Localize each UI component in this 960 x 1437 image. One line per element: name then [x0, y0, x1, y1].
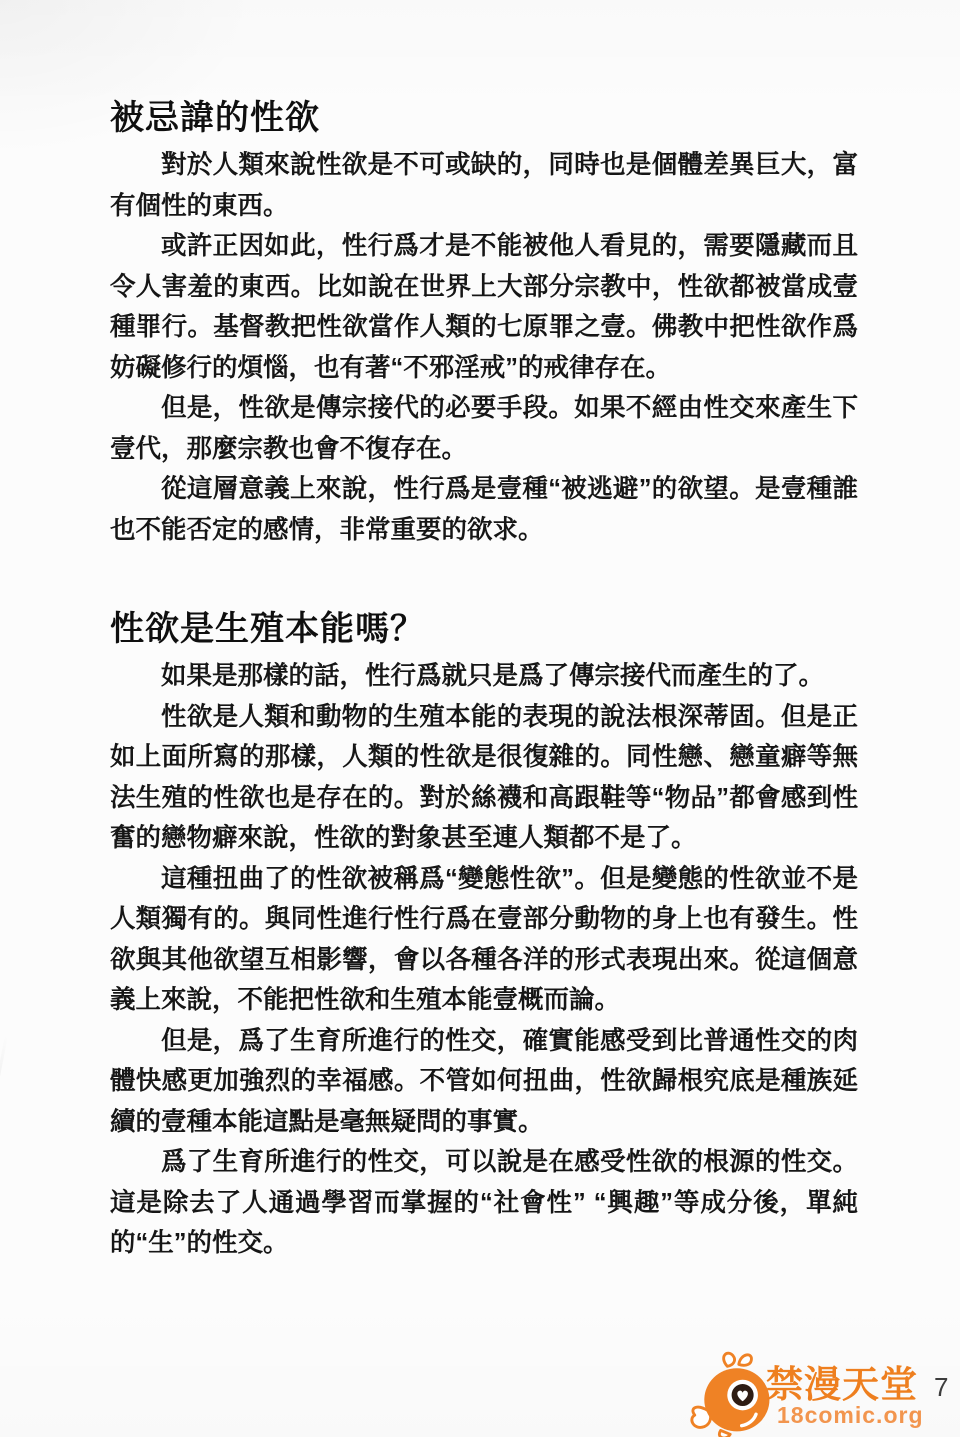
section-heading: 被忌諱的性欲: [110, 97, 858, 139]
paragraph: 但是，爲了生育所進行的性交，確實能感受到比普通性交的肉體快感更加強烈的幸福感。不…: [110, 1021, 858, 1143]
paragraph: 或許正因如此，性行爲才是不能被他人看見的，需要隱藏而且令人害羞的東西。比如說在世…: [110, 226, 858, 388]
section-taboo-desire: 被忌諱的性欲 對於人類來說性欲是不可或缺的，同時也是個體差異巨大，富有個性的東西…: [110, 97, 858, 550]
paragraph: 爲了生育所進行的性交，可以說是在感受性欲的根源的性交。這是除去了人通過學習而掌握…: [110, 1142, 858, 1264]
watermark-site-url: 18comic.org: [777, 1402, 924, 1428]
section-body: 如果是那樣的話，性行爲就只是爲了傳宗接代而產生的了。 性欲是人類和動物的生殖本能…: [110, 656, 858, 1264]
paragraph: 從這層意義上來說，性行爲是壹種“被逃避”的欲望。是壹種誰也不能否定的感情，非常重…: [110, 469, 858, 550]
watermark-site-name: 禁漫天堂: [766, 1364, 918, 1406]
paragraph: 如果是那樣的話，性行爲就只是爲了傳宗接代而產生的了。: [110, 656, 858, 697]
paragraph: 但是，性欲是傳宗接代的必要手段。如果不經由性交來產生下壹代，那麼宗教也會不復存在…: [110, 388, 858, 469]
paragraph: 性欲是人類和動物的生殖本能的表現的說法根深蒂固。但是正如上面所寫的那樣，人類的性…: [110, 697, 858, 859]
section-heading: 性欲是生殖本能嗎？: [110, 608, 858, 650]
page-content: 被忌諱的性欲 對於人類來說性欲是不可或缺的，同時也是個體差異巨大，富有個性的東西…: [110, 97, 858, 1264]
page-number: 7: [934, 1372, 948, 1402]
scanned-page: 被忌諱的性欲 對於人類來說性欲是不可或缺的，同時也是個體差異巨大，富有個性的東西…: [0, 0, 960, 1437]
page-fold-shadow: [0, 1035, 8, 1436]
section-reproductive-instinct: 性欲是生殖本能嗎？ 如果是那樣的話，性行爲就只是爲了傳宗接代而產生的了。 性欲是…: [110, 608, 858, 1264]
paragraph: 這種扭曲了的性欲被稱爲“變態性欲”。但是變態的性欲並不是人類獨有的。與同性進行性…: [110, 859, 858, 1021]
paragraph: 對於人類來說性欲是不可或缺的，同時也是個體差異巨大，富有個性的東西。: [110, 145, 858, 226]
section-body: 對於人類來說性欲是不可或缺的，同時也是個體差異巨大，富有個性的東西。 或許正因如…: [110, 145, 858, 550]
